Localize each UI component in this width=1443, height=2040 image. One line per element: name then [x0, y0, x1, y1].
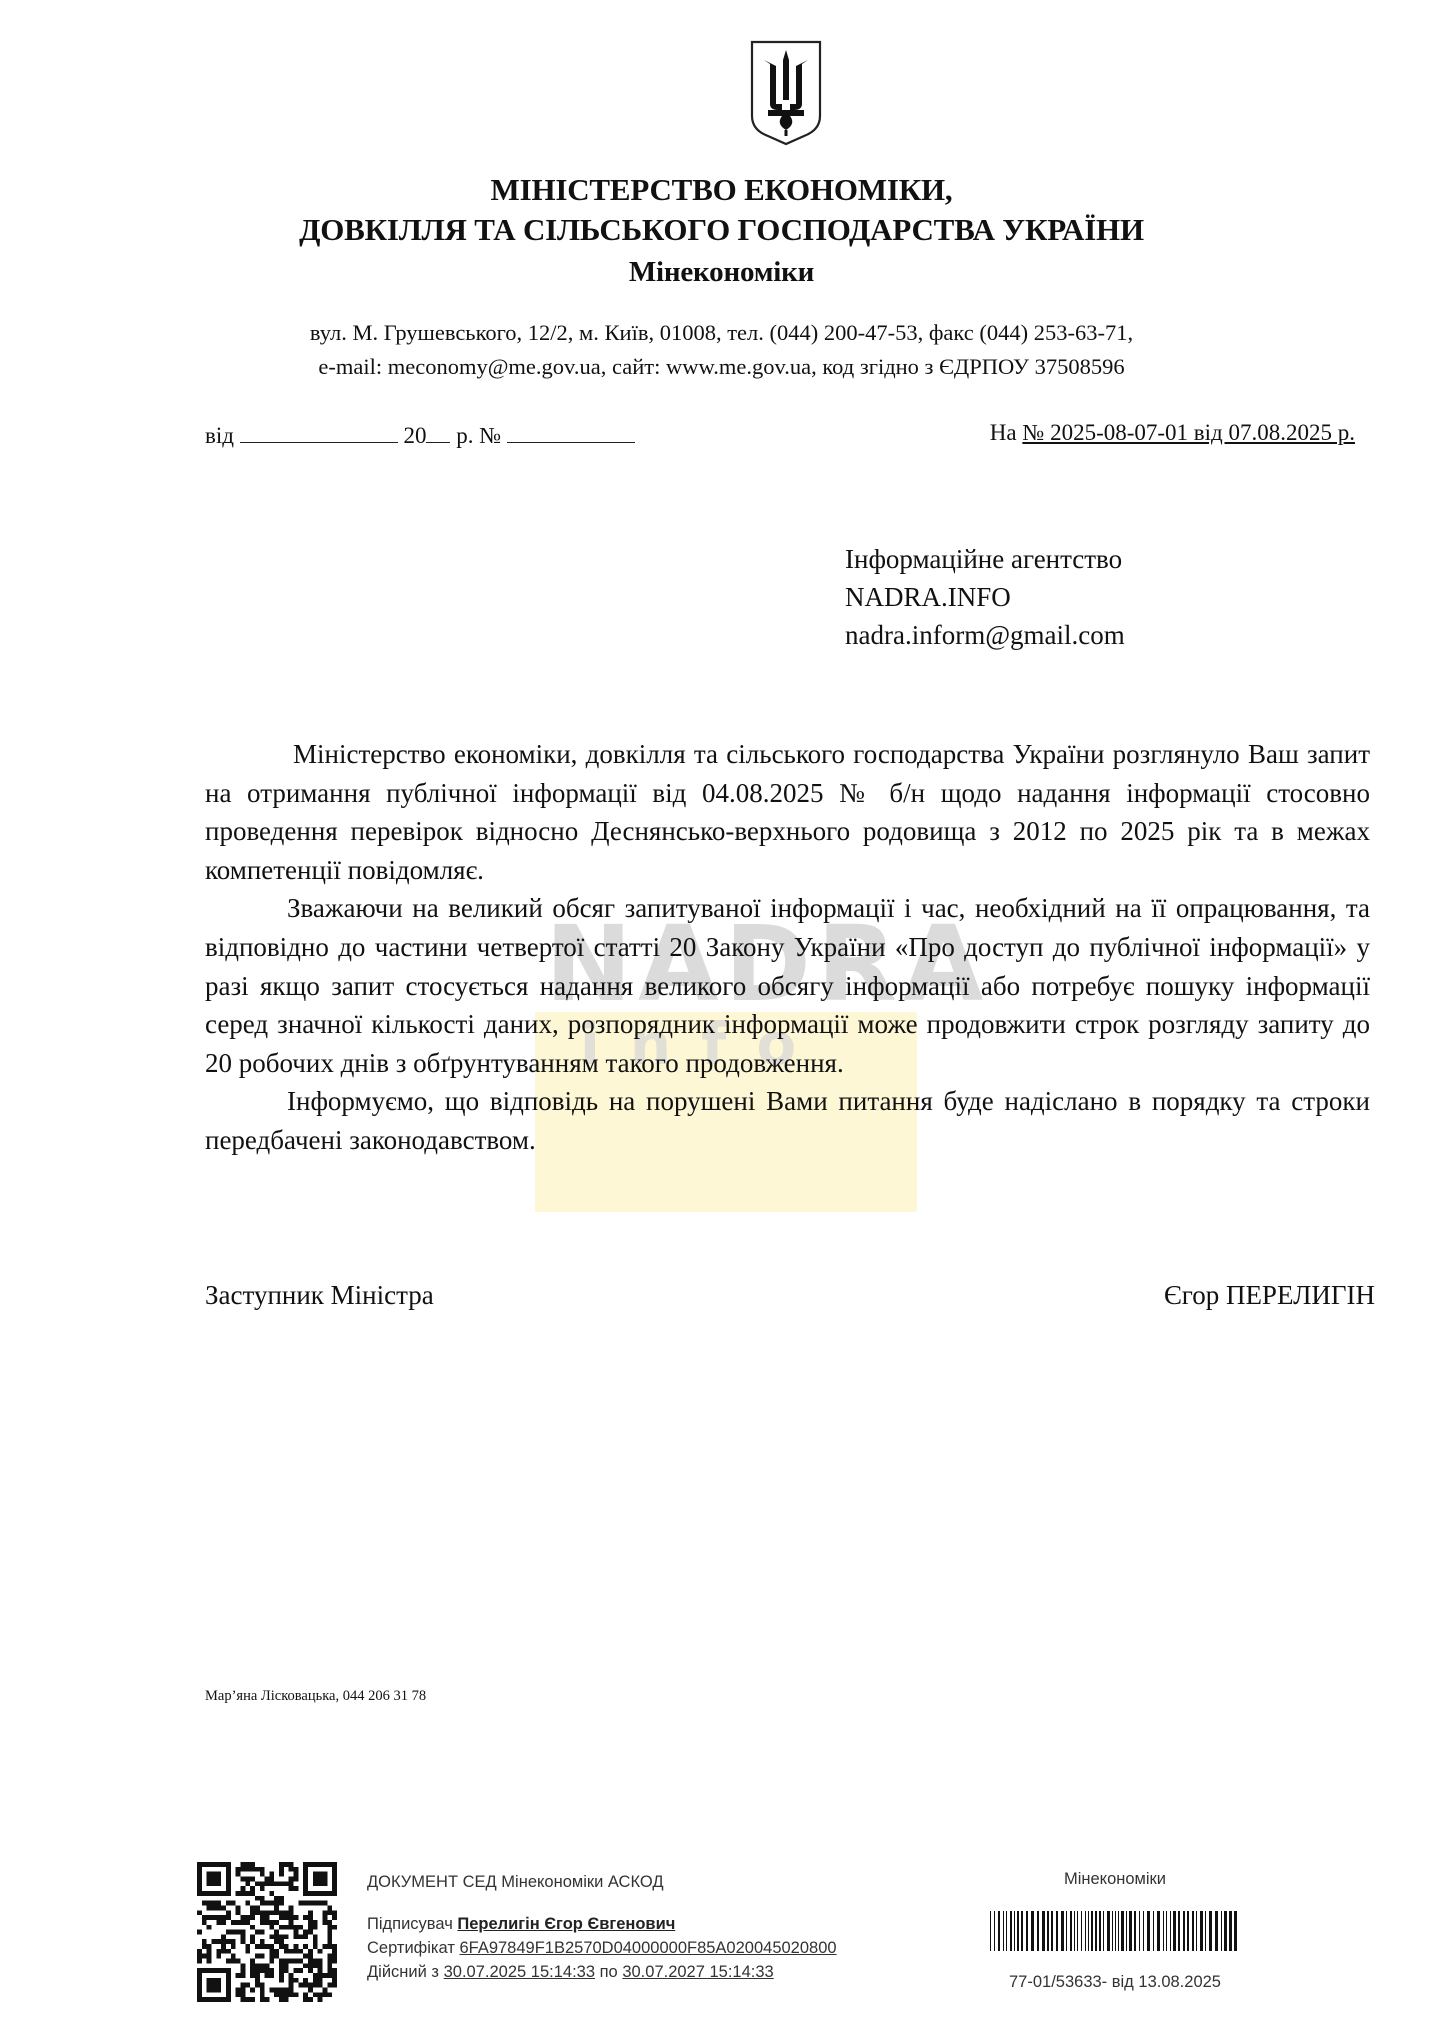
recipient-email: nadra.inform@gmail.com [845, 616, 1125, 654]
ministry-title-line2: ДОВКІЛЛЯ ТА СІЛЬСЬКОГО ГОСПОДАРСТВА УКРА… [0, 210, 1443, 250]
outgoing-prefix: від [205, 423, 234, 448]
outgoing-reference: від 20 р. № [205, 420, 635, 449]
recipient-name: NADRA.INFO [845, 578, 1125, 616]
outgoing-year: 20 [403, 423, 426, 448]
executor-contact: Мар’яна Лісковацька, 044 206 31 78 [205, 1688, 426, 1705]
signer-row: Підписувач Перелигін Єгор Євгенович [367, 1912, 837, 1936]
registry-block: Мінекономіки 77-01/53633- від 13.08.2025 [985, 1870, 1245, 1992]
ministry-title-line1: МІНІСТЕРСТВО ЕКОНОМІКИ, [0, 170, 1443, 210]
body-paragraph: Зважаючи на великий обсяг запитуваної ін… [205, 889, 1370, 1082]
valid-to-label: по [600, 1963, 618, 1981]
trident-icon [748, 38, 824, 148]
incoming-prefix: На [990, 420, 1017, 445]
signer-label: Підписувач [367, 1915, 453, 1933]
valid-to: 30.07.2027 15:14:33 [622, 1963, 773, 1981]
body-paragraph: Міністерство економіки, довкілля та сіль… [205, 735, 1370, 889]
reference-line: від 20 р. № На № 2025-08-07-01 від 07.08… [205, 420, 1355, 456]
registry-number: 77-01/53633- від 13.08.2025 [985, 1973, 1245, 1992]
valid-from-label: Дійсний з [367, 1963, 439, 1981]
certificate-row: Сертифікат 6FA97849F1B2570D04000000F85A0… [367, 1936, 837, 1960]
validity-row: Дійсний з 30.07.2025 15:14:33 по 30.07.2… [367, 1960, 837, 1984]
incoming-reference: На № 2025-08-07-01 від 07.08.2025 р. [990, 420, 1355, 446]
registry-org: Мінекономіки [985, 1870, 1245, 1889]
e-signature-stamp: ДОКУМЕНТ СЕД Мінекономіки АСКОД Підписув… [367, 1870, 837, 1984]
signatory-position: Заступник Міністра [205, 1280, 434, 1311]
body-paragraph: Інформуємо, що відповідь на порушені Вам… [205, 1082, 1370, 1159]
ministry-short-name: Мінекономіки [0, 252, 1443, 292]
number-blank [507, 420, 635, 443]
letter-body: Міністерство економіки, довкілля та сіль… [205, 735, 1370, 1160]
year-blank [426, 420, 450, 443]
ministry-address: вул. М. Грушевського, 12/2, м. Київ, 010… [0, 316, 1443, 350]
signatory-name: Єгор ПЕРЕЛИГІН [1164, 1280, 1375, 1311]
incoming-ref-number: № 2025-08-07-01 від 07.08.2025 р. [1022, 420, 1355, 445]
valid-from: 30.07.2025 15:14:33 [444, 1963, 595, 1981]
system-title: ДОКУМЕНТ СЕД Мінекономіки АСКОД [367, 1870, 837, 1894]
barcode-icon [990, 1911, 1240, 1951]
qr-code-icon [197, 1862, 337, 2002]
ministry-contacts: e-mail: meconomy@me.gov.ua, сайт: www.me… [0, 350, 1443, 384]
signer-name: Перелигін Єгор Євгенович [457, 1915, 675, 1933]
outgoing-number-label: р. № [456, 423, 501, 448]
date-blank [240, 420, 398, 443]
recipient-type: Інформаційне агентство [845, 540, 1125, 578]
certificate-id: 6FA97849F1B2570D04000000F85A020045020800 [459, 1939, 836, 1957]
certificate-label: Сертифікат [367, 1939, 455, 1957]
recipient-block: Інформаційне агентство NADRA.INFO nadra.… [845, 540, 1125, 654]
